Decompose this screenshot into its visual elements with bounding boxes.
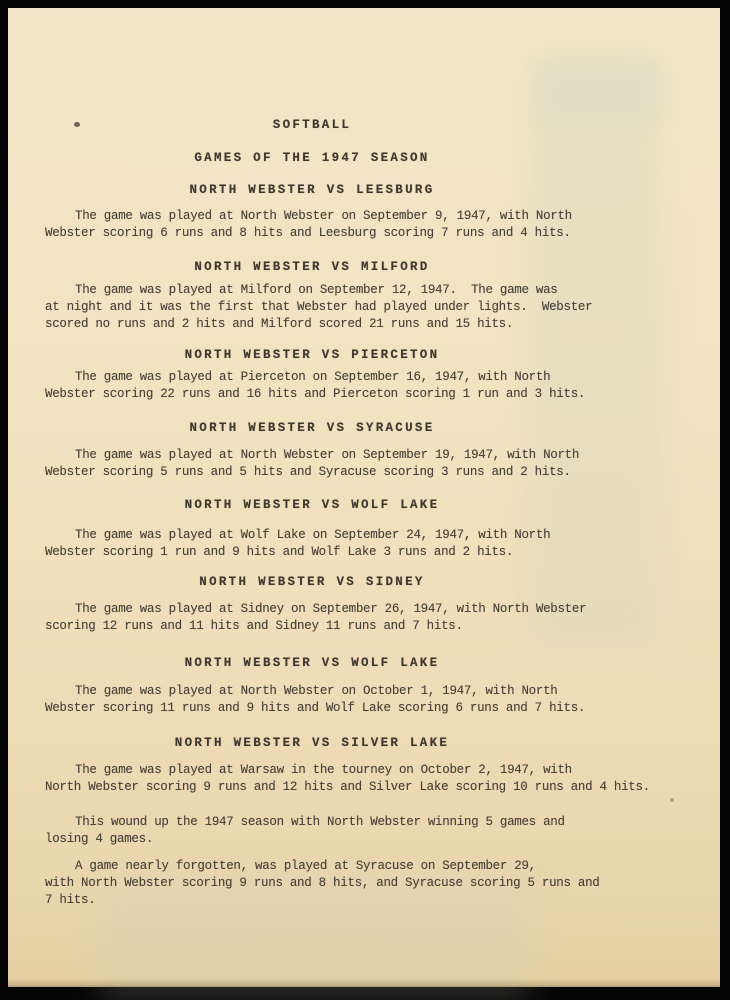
- closing-paragraph-season-summary: This wound up the 1947 season with North…: [45, 814, 663, 848]
- section-paragraph-silver-lake: The game was played at Warsaw in the tou…: [45, 762, 663, 796]
- section-paragraph-syracuse: The game was played at North Webster on …: [45, 447, 663, 481]
- section-heading-wolf-lake-1: NORTH WEBSTER VS WOLF LAKE: [45, 497, 579, 513]
- section-heading-silver-lake: NORTH WEBSTER VS SILVER LAKE: [45, 735, 579, 751]
- section-heading-wolf-lake-2: NORTH WEBSTER VS WOLF LAKE: [45, 655, 579, 671]
- section-heading-pierceton: NORTH WEBSTER VS PIERCETON: [45, 347, 579, 363]
- section-heading-sidney: NORTH WEBSTER VS SIDNEY: [45, 574, 579, 590]
- section-paragraph-milford: The game was played at Milford on Septem…: [45, 282, 663, 333]
- section-paragraph-pierceton: The game was played at Pierceton on Sept…: [45, 369, 663, 403]
- section-heading-milford: NORTH WEBSTER VS MILFORD: [45, 259, 579, 275]
- section-paragraph-wolf-lake-1: The game was played at Wolf Lake on Sept…: [45, 527, 663, 561]
- scanned-photo-frame: SOFTBALL GAMES OF THE 1947 SEASON NORTH …: [0, 0, 730, 1000]
- section-paragraph-leesburg: The game was played at North Webster on …: [45, 208, 663, 242]
- section-paragraph-sidney: The game was played at Sidney on Septemb…: [45, 601, 663, 635]
- page-title: SOFTBALL: [45, 117, 579, 133]
- section-paragraph-wolf-lake-2: The game was played at North Webster on …: [45, 683, 663, 717]
- section-heading-syracuse: NORTH WEBSTER VS SYRACUSE: [45, 420, 579, 436]
- ink-speck: [670, 798, 674, 802]
- page-subtitle: GAMES OF THE 1947 SEASON: [45, 150, 579, 166]
- section-heading-leesburg: NORTH WEBSTER VS LEESBURG: [45, 182, 579, 198]
- closing-paragraph-forgotten-game: A game nearly forgotten, was played at S…: [45, 858, 663, 909]
- page-edge-shadow: [8, 978, 720, 987]
